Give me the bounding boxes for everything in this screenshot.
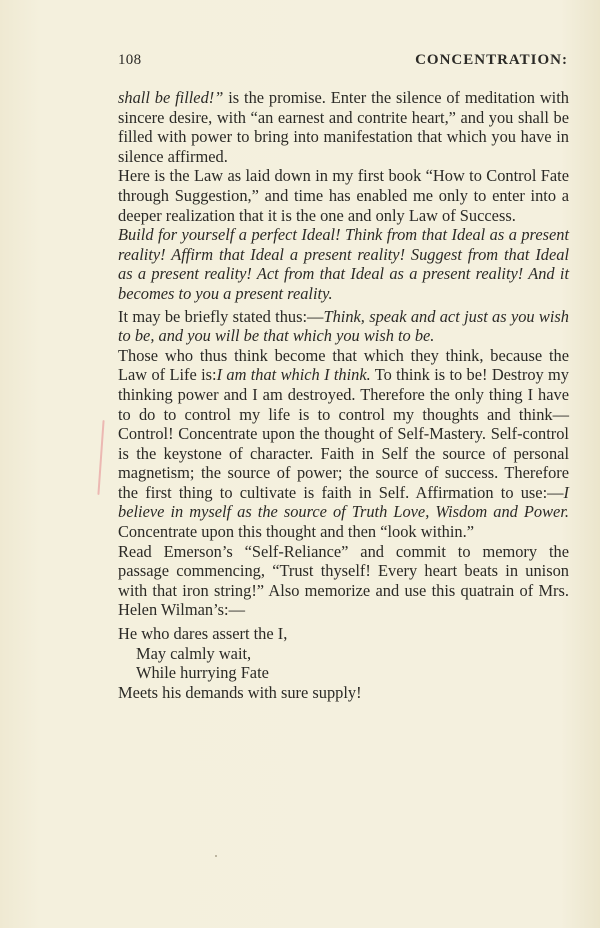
text-segment: It may be briefly stated thus:— [118, 307, 323, 326]
text-segment: Concentrate upon this thought and then “… [118, 522, 474, 541]
running-title: CONCENTRATION: [415, 50, 568, 70]
poem-line: He who dares assert the I, [118, 624, 569, 644]
running-header: 108 CONCENTRATION: [118, 50, 568, 70]
paragraph: It may be briefly stated thus:—Think, sp… [118, 307, 569, 346]
text-segment: shall be filled!” [118, 88, 223, 107]
text-segment: Here is the Law as laid down in my first… [118, 166, 569, 224]
page-number: 108 [118, 50, 141, 70]
paragraph: Read Emerson’s “Self-Reliance” and commi… [118, 542, 569, 620]
paragraph-italic-creed: Build for yourself a perfect Ideal! Thin… [118, 225, 569, 303]
poem-line: Meets his demands with sure supply! [118, 683, 569, 703]
paragraph: Those who thus think become that which t… [118, 346, 569, 542]
paper-speck [215, 855, 217, 857]
text-segment: To think is to be! Destroy my thinking p… [118, 365, 569, 502]
paragraph: shall be filled!” is the promise. Enter … [118, 88, 569, 166]
paragraph: Here is the Law as laid down in my first… [118, 166, 569, 225]
book-page: 108 CONCENTRATION: shall be filled!” is … [0, 0, 600, 928]
margin-pencil-mark [97, 420, 104, 495]
text-segment: Build for yourself a perfect Ideal! Thin… [118, 225, 569, 303]
quatrain: He who dares assert the I, May calmly wa… [118, 624, 569, 702]
poem-line: While hurrying Fate [118, 663, 569, 683]
poem-line: May calmly wait, [118, 644, 569, 664]
text-segment: I am that which I think. [217, 365, 371, 384]
body-text: shall be filled!” is the promise. Enter … [118, 88, 569, 702]
text-segment: Read Emerson’s “Self-Reliance” and commi… [118, 542, 569, 620]
